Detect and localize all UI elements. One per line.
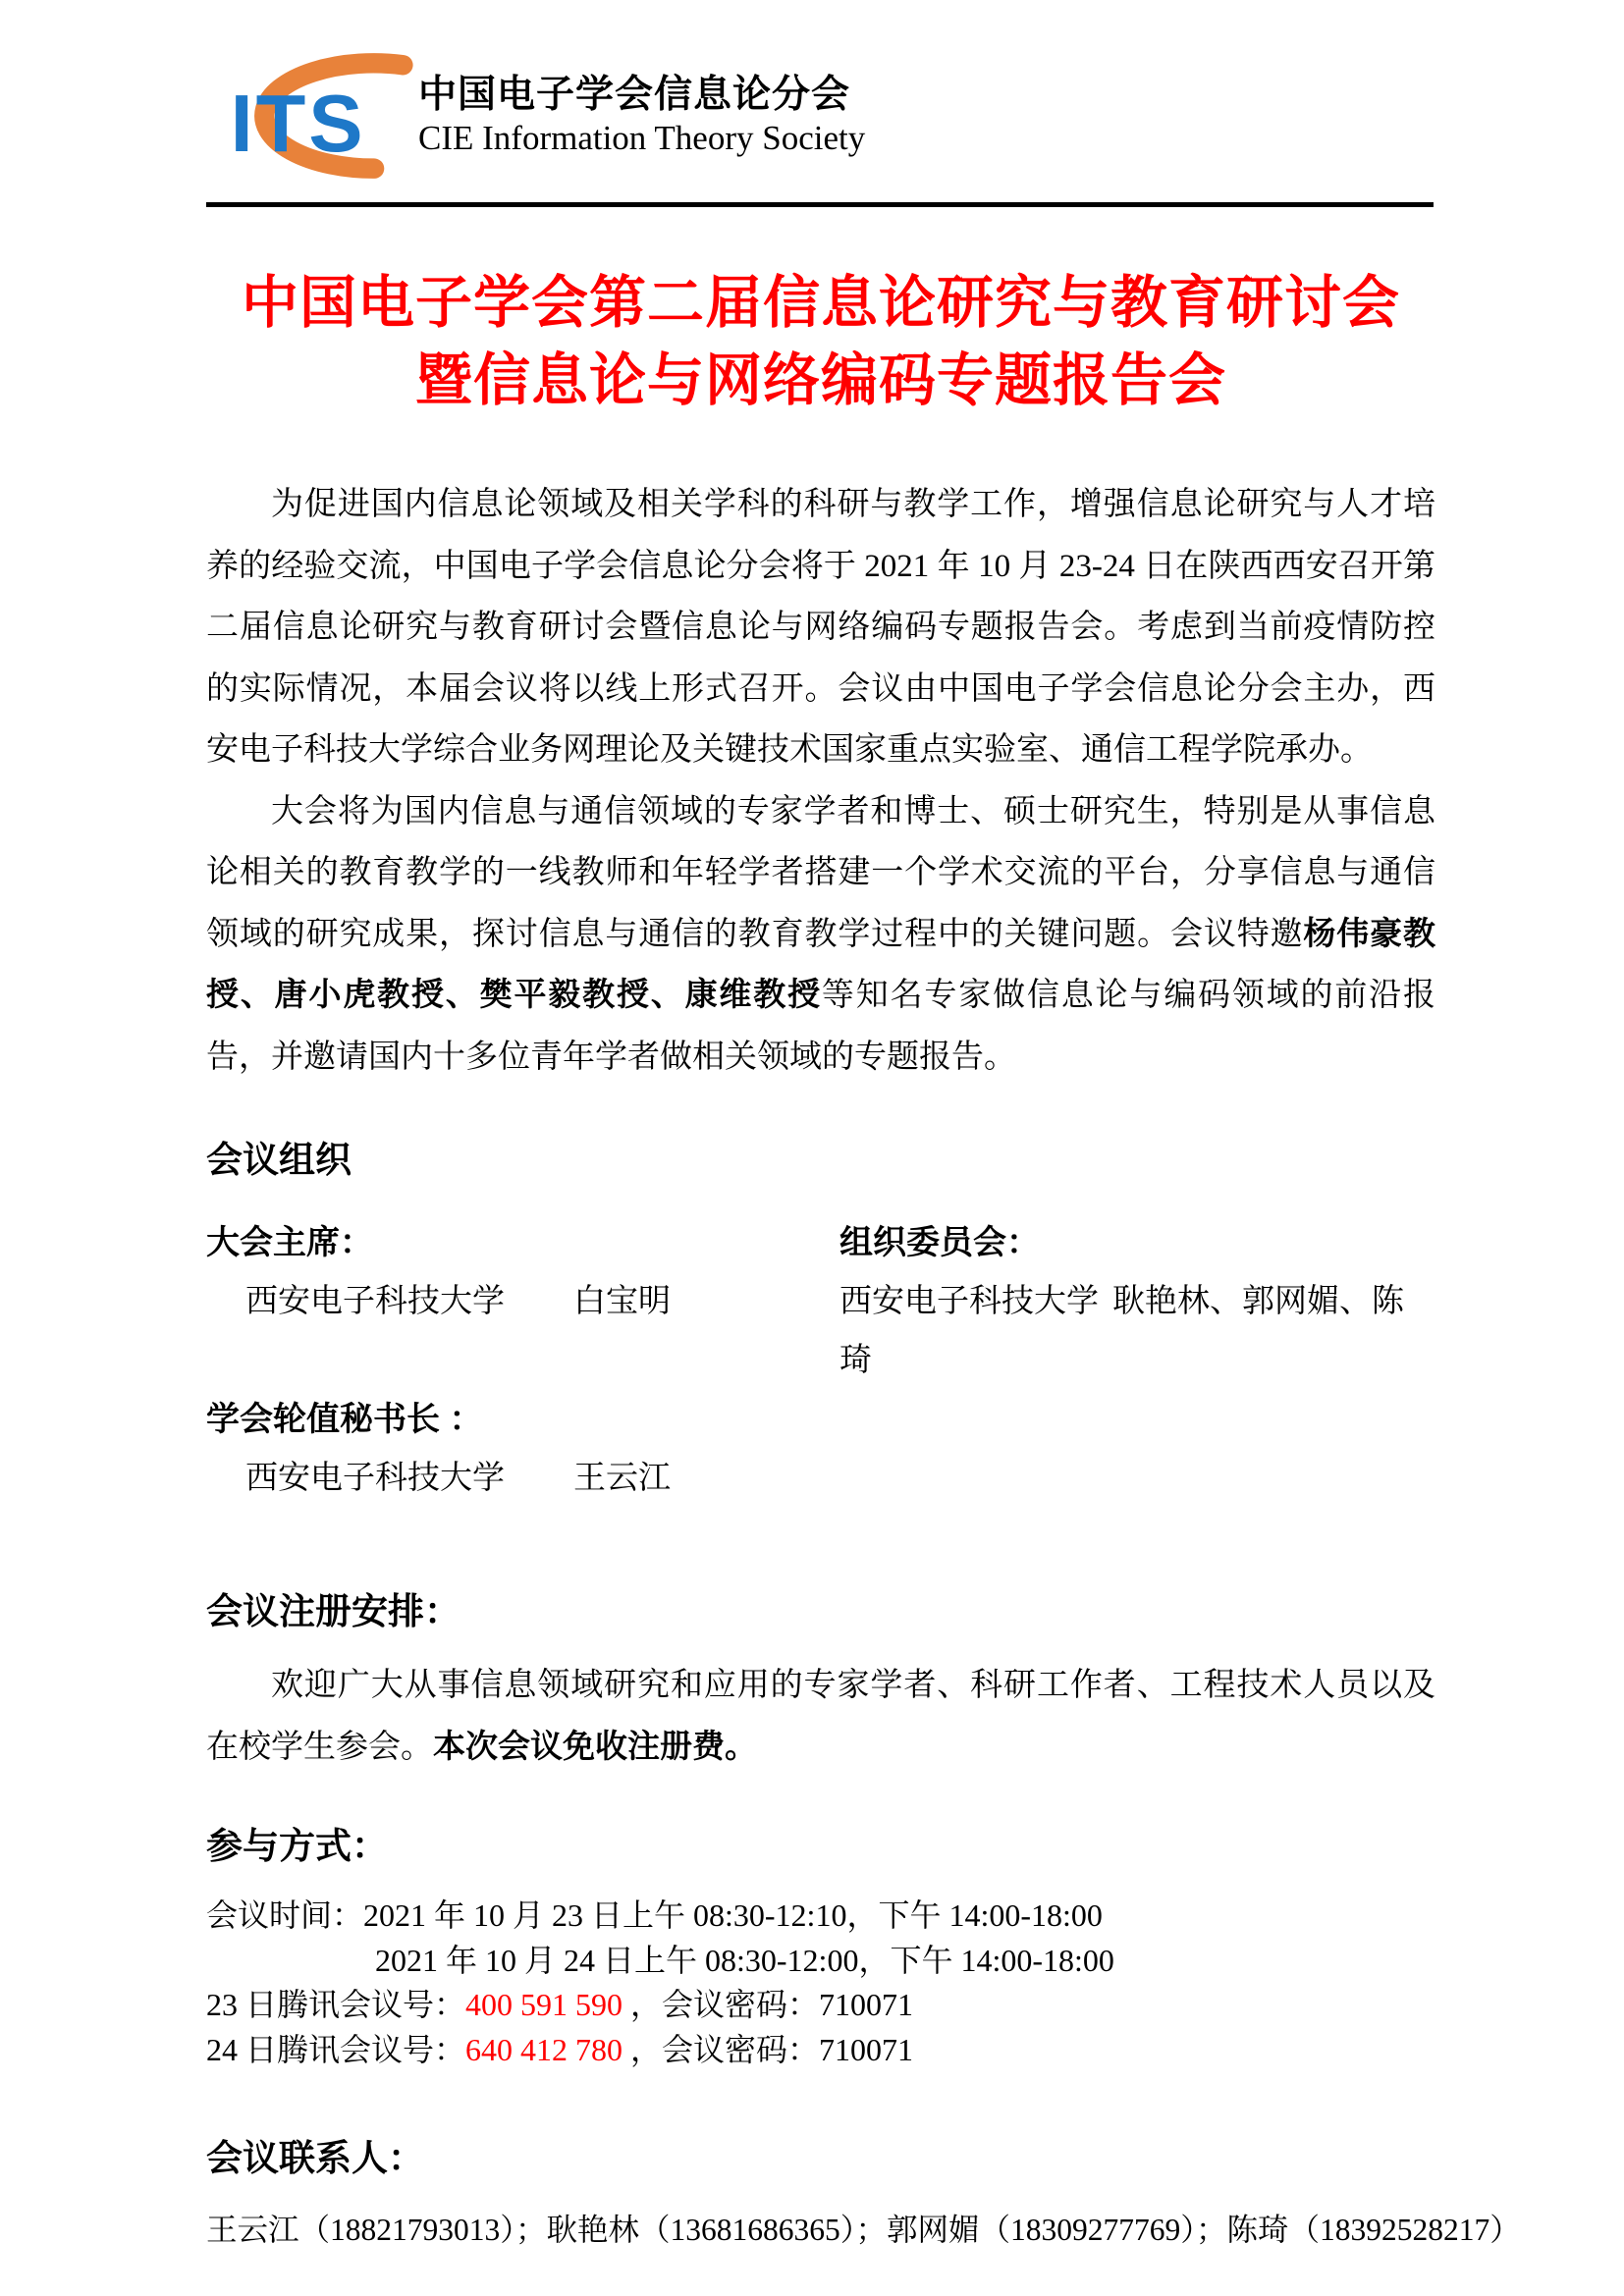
- registration-free-notice: 本次会议免收注册费。: [433, 1730, 757, 1765]
- org-name-cn: 中国电子学会信息论分会: [418, 73, 865, 118]
- section-heading-registration: 会议注册安排：: [206, 1588, 1435, 1635]
- secretary-name: 王云江: [573, 1461, 671, 1496]
- meeting-id-line-day24: 24 日腾讯会议号：640 412 780 ，会议密码：710071: [206, 2028, 1435, 2073]
- logo-its-text: ITS: [231, 78, 366, 169]
- registration-paragraph: 欢迎广大从事信息领域研究和应用的专家学者、科研工作者、工程技术人员以及在校学生参…: [206, 1655, 1435, 1778]
- secretary-affiliation: 西安电子科技大学: [245, 1461, 505, 1496]
- header: ITS 中国电子学会信息论分会 CIE Information Theory S…: [177, 51, 1434, 181]
- day24-meeting-id: 640 412 780: [465, 2032, 623, 2067]
- header-divider: [206, 202, 1434, 207]
- document-title: 中国电子学会第二届信息论研究与教育研讨会 暨信息论与网络编码专题报告会: [206, 264, 1435, 419]
- chair-label: 大会主席：: [206, 1213, 839, 1272]
- committee-affiliation: 西安电子科技大学: [839, 1284, 1099, 1319]
- intro-paragraph-1: 为促进国内信息论领域及相关学科的科研与教学工作，增强信息论研究与人才培养的经验交…: [206, 474, 1435, 781]
- contact-list: 王云江（18821793013）；耿艳林（13681686365）；郭网媚（18…: [206, 2208, 1435, 2253]
- chair-name: 白宝明: [573, 1284, 671, 1319]
- document-page: ITS 中国电子学会信息论分会 CIE Information Theory S…: [0, 0, 1624, 2296]
- org-name-en: CIE Information Theory Society: [418, 118, 865, 159]
- secretary-label: 学会轮值秘书长 ：: [206, 1390, 1435, 1449]
- title-line-1: 中国电子学会第二届信息论研究与教育研讨会: [206, 264, 1435, 342]
- day24-password: ，会议密码：710071: [623, 2032, 913, 2067]
- secretary-row: 西安电子科技大学王云江: [206, 1449, 1435, 1508]
- content: 中国电子学会第二届信息论研究与教育研讨会 暨信息论与网络编码专题报告会 为促进国…: [206, 264, 1435, 2253]
- meeting-time-line-2: 2021 年 10 月 24 日上午 08:30-12:00，下午 14:00-…: [206, 1939, 1435, 1984]
- title-line-2: 暨信息论与网络编码专题报告会: [206, 342, 1435, 419]
- intro-paragraph-2: 大会将为国内信息与通信领域的专家学者和博士、硕士研究生，特别是从事信息论相关的教…: [206, 781, 1435, 1089]
- participation-details: 会议时间：2021 年 10 月 23 日上午 08:30-12:10，下午 1…: [206, 1894, 1435, 2072]
- day23-meeting-id: 400 591 590: [465, 1987, 623, 2022]
- section-heading-contacts: 会议联系人：: [206, 2135, 1435, 2182]
- day24-label: 24 日腾讯会议号：: [206, 2032, 465, 2067]
- day23-password: ，会议密码：710071: [623, 1987, 913, 2022]
- its-logo: ITS: [177, 51, 416, 181]
- committee-row: 西安电子科技大学耿艳林、郭网媚、陈琦: [839, 1272, 1435, 1390]
- chair-affiliation: 西安电子科技大学: [245, 1284, 505, 1319]
- registration-text: 欢迎广大从事信息领域研究和应用的专家学者、科研工作者、工程技术人员以及在校学生参…: [206, 1668, 1435, 1765]
- section-heading-organization: 会议组织: [206, 1137, 1435, 1184]
- meeting-id-line-day23: 23 日腾讯会议号：400 591 590 ，会议密码：710071: [206, 1983, 1435, 2028]
- logo-text-block: 中国电子学会信息论分会 CIE Information Theory Socie…: [418, 73, 865, 159]
- chair-row: 西安电子科技大学白宝明: [206, 1272, 839, 1390]
- intro-paragraph-2-text: 大会将为国内信息与通信领域的专家学者和博士、硕士研究生，特别是从事信息论相关的教…: [206, 794, 1435, 952]
- meeting-time-line-1: 会议时间：2021 年 10 月 23 日上午 08:30-12:10，下午 1…: [206, 1894, 1435, 1939]
- section-heading-participation: 参与方式：: [206, 1823, 1435, 1870]
- committee-label: 组织委员会：: [839, 1213, 1435, 1272]
- day23-label: 23 日腾讯会议号：: [206, 1987, 465, 2022]
- organization-grid: 大会主席： 组织委员会： 西安电子科技大学白宝明 西安电子科技大学耿艳林、郭网媚…: [206, 1213, 1435, 1508]
